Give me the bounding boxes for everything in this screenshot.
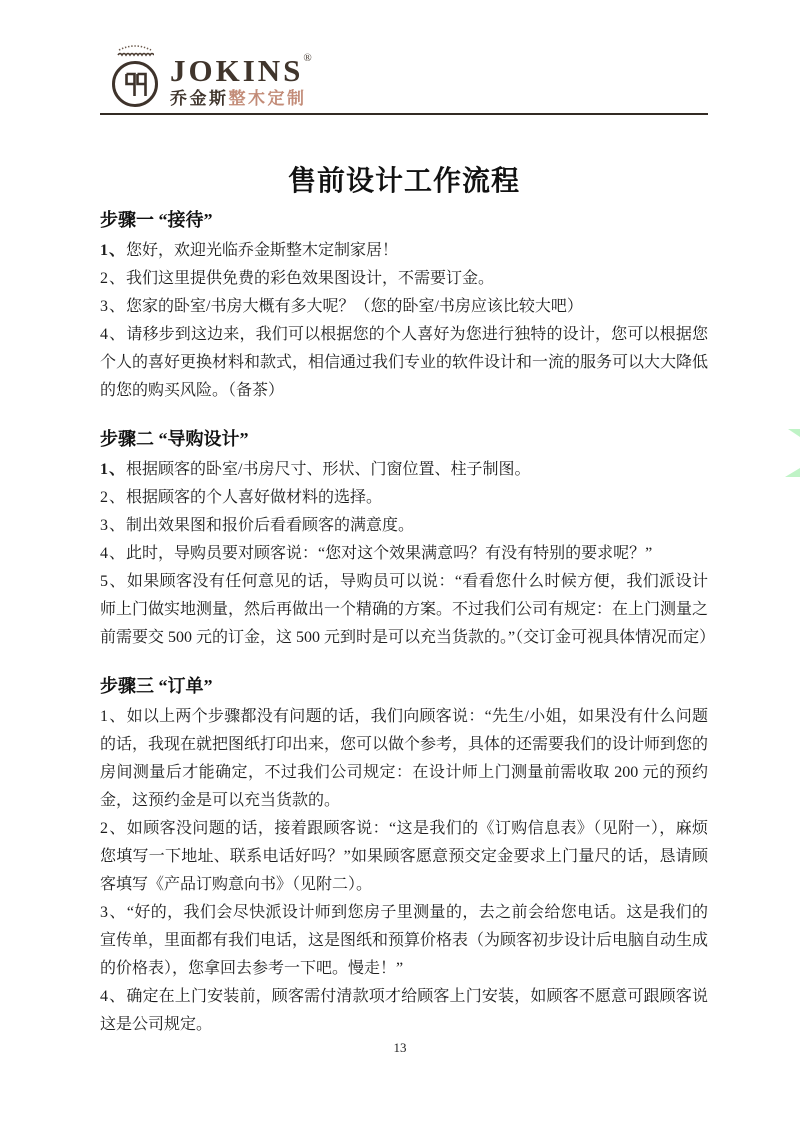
section-heading: 步骤二 “导购设计” <box>100 427 708 452</box>
item-number: 1、 <box>100 708 127 725</box>
laurel-crest-icon <box>116 44 154 57</box>
item-number: 4、 <box>100 545 126 562</box>
item-number: 3、 <box>100 904 127 921</box>
item-number: 4、 <box>100 326 126 343</box>
list-item: 2、根据顾客的个人喜好做材料的选择。 <box>100 484 708 512</box>
brand-emblem <box>110 44 160 110</box>
list-item: 3、制出效果图和报价后看看顾客的满意度。 <box>100 512 708 540</box>
section-step1: 步骤一 “接待” 1、您好，欢迎光临乔金斯整木定制家居！ 2、我们这里提供免费的… <box>100 208 708 405</box>
list-item: 3、您家的卧室/书房大概有多大呢？（您的卧室/书房应该比较大吧） <box>100 293 708 321</box>
item-text: 如果顾客没有任何意见的话，导购员可以说：“看看您什么时候方便，我们派设计师上门做… <box>100 573 715 646</box>
brand-tagline: 乔金斯整木定制 <box>170 90 312 109</box>
registered-mark: ® <box>303 53 311 64</box>
list-item: 3、“好的，我们会尽快派设计师到您房子里测量的，去之前会给您电话。这是我们的宣传… <box>100 899 708 983</box>
list-item: 2、如顾客没问题的话，接着跟顾客说：“这是我们的《订购信息表》（见附一），麻烦您… <box>100 815 708 899</box>
item-text: 您家的卧室/书房大概有多大呢？（您的卧室/书房应该比较大吧） <box>126 298 583 315</box>
list-item: 4、此时，导购员要对顾客说：“您对这个效果满意吗？有没有特别的要求呢？” <box>100 540 708 568</box>
item-text: 制出效果图和报价后看看顾客的满意度。 <box>126 517 414 534</box>
item-text: 根据顾客的个人喜好做材料的选择。 <box>126 489 382 506</box>
document-content: 售前设计工作流程 步骤一 “接待” 1、您好，欢迎光临乔金斯整木定制家居！ 2、… <box>100 163 708 1039</box>
section-heading: 步骤三 “订单” <box>100 674 708 699</box>
item-text: 如顾客没问题的话，接着跟顾客说：“这是我们的《订购信息表》（见附一），麻烦您填写… <box>100 820 708 893</box>
page-title: 售前设计工作流程 <box>100 163 708 201</box>
item-text: 如以上两个步骤都没有问题的话，我们向顾客说：“先生/小姐，如果没有什么问题的话，… <box>100 708 708 809</box>
list-item: 4、确定在上门安装前，顾客需付清款项才给顾客上门安装，如顾客不愿意可跟顾客说这是… <box>100 983 708 1039</box>
item-number: 3、 <box>100 517 126 534</box>
list-item: 1、您好，欢迎光临乔金斯整木定制家居！ <box>100 237 708 265</box>
edge-accent-triangle-bottom <box>785 468 800 477</box>
brand-text: JOKINS ® 乔金斯整木定制 <box>170 44 312 109</box>
header-divider <box>100 113 708 115</box>
item-text: 根据顾客的卧室/书房尺寸、形状、门窗位置、柱子制图。 <box>126 461 530 478</box>
edge-accent-triangle-top <box>788 429 800 437</box>
list-item: 2、我们这里提供免费的彩色效果图设计，不需要订金。 <box>100 265 708 293</box>
brand-name: JOKINS <box>170 55 303 86</box>
item-text: 我们这里提供免费的彩色效果图设计，不需要订金。 <box>126 270 494 287</box>
item-number: 5、 <box>100 573 127 590</box>
list-item: 5、如果顾客没有任何意见的话，导购员可以说：“看看您什么时候方便，我们派设计师上… <box>100 568 708 652</box>
section-heading: 步骤一 “接待” <box>100 208 708 233</box>
brand-tagline-primary: 乔金斯 <box>170 89 229 108</box>
seal-ring-icon <box>110 58 160 110</box>
page-header: JOKINS ® 乔金斯整木定制 <box>100 0 708 115</box>
item-text: “好的，我们会尽快派设计师到您房子里测量的，去之前会给您电话。这是我们的宣传单，… <box>100 904 708 977</box>
brand-tagline-accent: 整木定制 <box>229 89 307 108</box>
item-number: 3、 <box>100 298 126 315</box>
list-item: 1、根据顾客的卧室/书房尺寸、形状、门窗位置、柱子制图。 <box>100 456 708 484</box>
item-number: 2、 <box>100 270 126 287</box>
item-number: 2、 <box>100 489 126 506</box>
item-number: 2、 <box>100 820 127 837</box>
brand-logo: JOKINS ® 乔金斯整木定制 <box>110 44 708 110</box>
item-number: 4、 <box>100 988 126 1005</box>
item-text: 您好，欢迎光临乔金斯整木定制家居！ <box>126 242 398 259</box>
section-step2: 步骤二 “导购设计” 1、根据顾客的卧室/书房尺寸、形状、门窗位置、柱子制图。 … <box>100 427 708 652</box>
item-text: 请移步到这边来，我们可以根据您的个人喜好为您进行独特的设计，您可以根据您个人的喜… <box>100 326 708 399</box>
item-number: 1、 <box>100 242 126 259</box>
page-number: 13 <box>0 1040 800 1056</box>
item-text: 确定在上门安装前，顾客需付清款项才给顾客上门安装，如顾客不愿意可跟顾客说这是公司… <box>100 988 708 1033</box>
item-number: 1、 <box>100 461 126 478</box>
document-page: JOKINS ® 乔金斯整木定制 售前设计工作流程 步骤一 “接待” 1、您好，… <box>0 0 800 1131</box>
list-item: 1、如以上两个步骤都没有问题的话，我们向顾客说：“先生/小姐，如果没有什么问题的… <box>100 703 708 815</box>
list-item: 4、请移步到这边来，我们可以根据您的个人喜好为您进行独特的设计，您可以根据您个人… <box>100 321 708 405</box>
section-step3: 步骤三 “订单” 1、如以上两个步骤都没有问题的话，我们向顾客说：“先生/小姐，… <box>100 674 708 1039</box>
item-text: 此时，导购员要对顾客说：“您对这个效果满意吗？有没有特别的要求呢？” <box>126 545 652 562</box>
